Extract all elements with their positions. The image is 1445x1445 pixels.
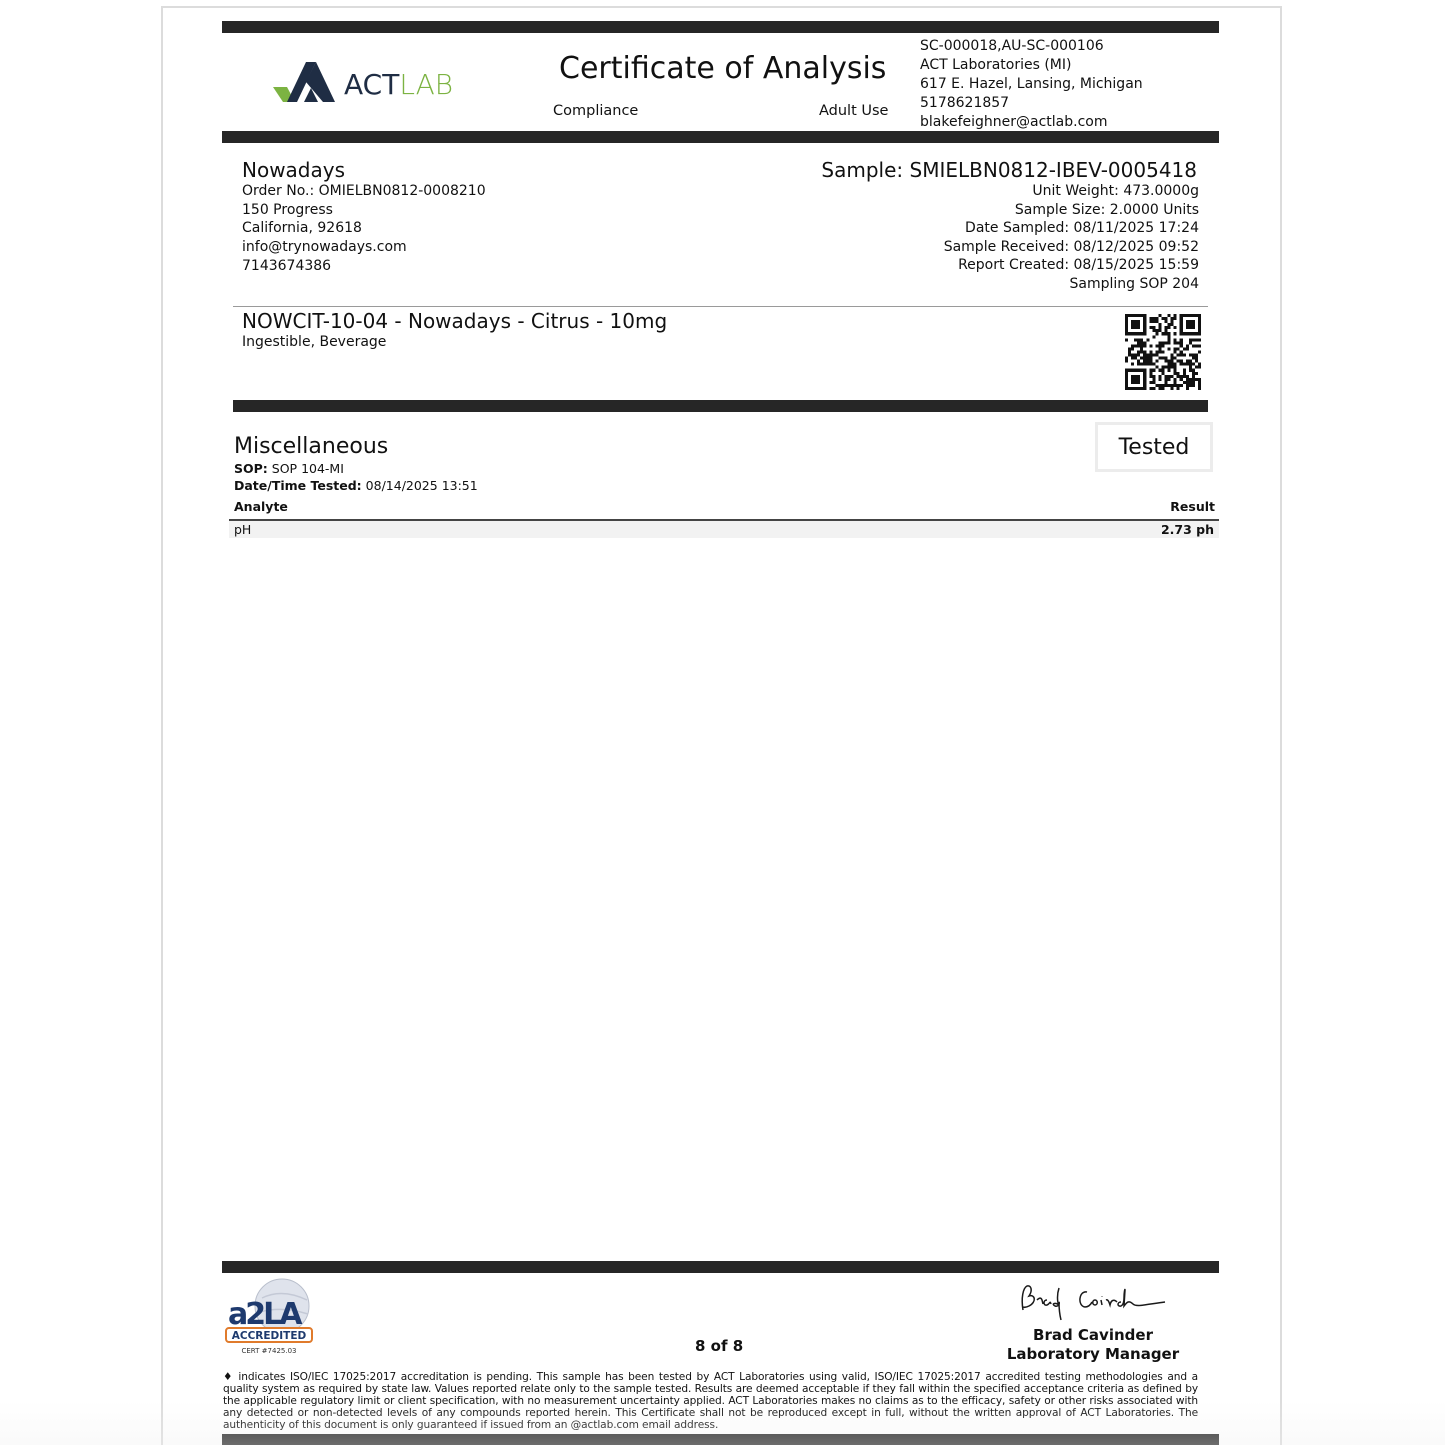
sample-received: Sample Received: 08/12/2025 09:52 <box>944 238 1199 257</box>
header-bottom-bar <box>222 131 1219 143</box>
signer-title: Laboratory Manager <box>993 1345 1193 1364</box>
client-details: Order No.: OMIELBN0812-0008210 150 Progr… <box>242 182 486 276</box>
client-email[interactable]: info@trynowadays.com <box>242 238 486 257</box>
client-street: 150 Progress <box>242 201 486 220</box>
disclaimer-text: ♦ indicates ISO/IEC 17025:2017 accredita… <box>223 1371 1198 1431</box>
lab-phone: 5178621857 <box>920 94 1143 113</box>
footer-bottom-bar <box>222 1434 1219 1445</box>
lab-name: ACT Laboratories (MI) <box>920 56 1143 75</box>
date-sampled: Date Sampled: 08/11/2025 17:24 <box>944 219 1199 238</box>
qr-code-icon[interactable] <box>1125 314 1201 390</box>
a2la-accredited-icon: a2LA ACCREDITED CERT #7425.03 <box>222 1278 317 1358</box>
column-header-result: Result <box>1170 499 1215 514</box>
sampling-sop: Sampling SOP 204 <box>944 275 1199 294</box>
page-number: 8 of 8 <box>695 1337 743 1355</box>
report-created: Report Created: 08/15/2025 15:59 <box>944 256 1199 275</box>
client-name: Nowadays <box>242 158 345 182</box>
tested-label: Date/Time Tested: <box>234 478 362 493</box>
cert-number: CERT #7425.03 <box>242 1347 297 1355</box>
result-cell: 2.73 ph <box>1161 522 1214 537</box>
signer-block: Brad Cavinder Laboratory Manager <box>993 1326 1193 1364</box>
sop-line: SOP: SOP 104-MI <box>234 461 344 476</box>
lab-address: 617 E. Hazel, Lansing, Michigan <box>920 75 1143 94</box>
sop-value: SOP 104-MI <box>272 461 344 476</box>
client-city: California, 92618 <box>242 219 486 238</box>
analyte-cell: pH <box>234 522 251 537</box>
sample-size: Sample Size: 2.0000 Units <box>944 201 1199 220</box>
product-name: NOWCIT-10-04 - Nowadays - Citrus - 10mg <box>242 309 667 333</box>
section-title: Miscellaneous <box>234 434 388 459</box>
logo-lab-text: LAB <box>399 68 453 101</box>
adult-use-label: Adult Use <box>819 103 888 119</box>
actlab-mountain-check-icon <box>273 60 339 104</box>
sample-details: Unit Weight: 473.0000g Sample Size: 2.00… <box>944 182 1199 293</box>
compliance-label: Compliance <box>553 103 638 119</box>
svg-text:a2LA: a2LA <box>228 1297 303 1332</box>
product-divider <box>233 306 1208 307</box>
page-title: Certificate of Analysis <box>559 51 886 86</box>
lab-email[interactable]: blakefeighner@actlab.com <box>920 113 1143 132</box>
tested-value: 08/14/2025 13:51 <box>366 478 478 493</box>
product-type: Ingestible, Beverage <box>242 334 386 350</box>
footer-top-bar <box>222 1261 1219 1273</box>
column-header-analyte: Analyte <box>234 499 288 514</box>
logo-act-text: ACT <box>344 68 399 101</box>
unit-weight: Unit Weight: 473.0000g <box>944 182 1199 201</box>
lab-license: SC-000018,AU-SC-000106 <box>920 37 1143 56</box>
signer-name: Brad Cavinder <box>993 1326 1193 1345</box>
lab-info: SC-000018,AU-SC-000106 ACT Laboratories … <box>920 37 1143 132</box>
signature-icon <box>1015 1280 1170 1325</box>
tested-line: Date/Time Tested: 08/14/2025 13:51 <box>234 478 478 493</box>
accredited-badge-text: ACCREDITED <box>232 1330 307 1342</box>
table-row <box>229 521 1219 538</box>
header-top-bar <box>222 21 1219 33</box>
order-number: Order No.: OMIELBN0812-0008210 <box>242 182 486 201</box>
section-bar <box>233 400 1208 412</box>
status-badge: Tested <box>1095 422 1213 472</box>
sop-label: SOP: <box>234 461 268 476</box>
sample-id: Sample: SMIELBN0812-IBEV-0005418 <box>821 158 1197 182</box>
client-phone: 7143674386 <box>242 257 486 276</box>
